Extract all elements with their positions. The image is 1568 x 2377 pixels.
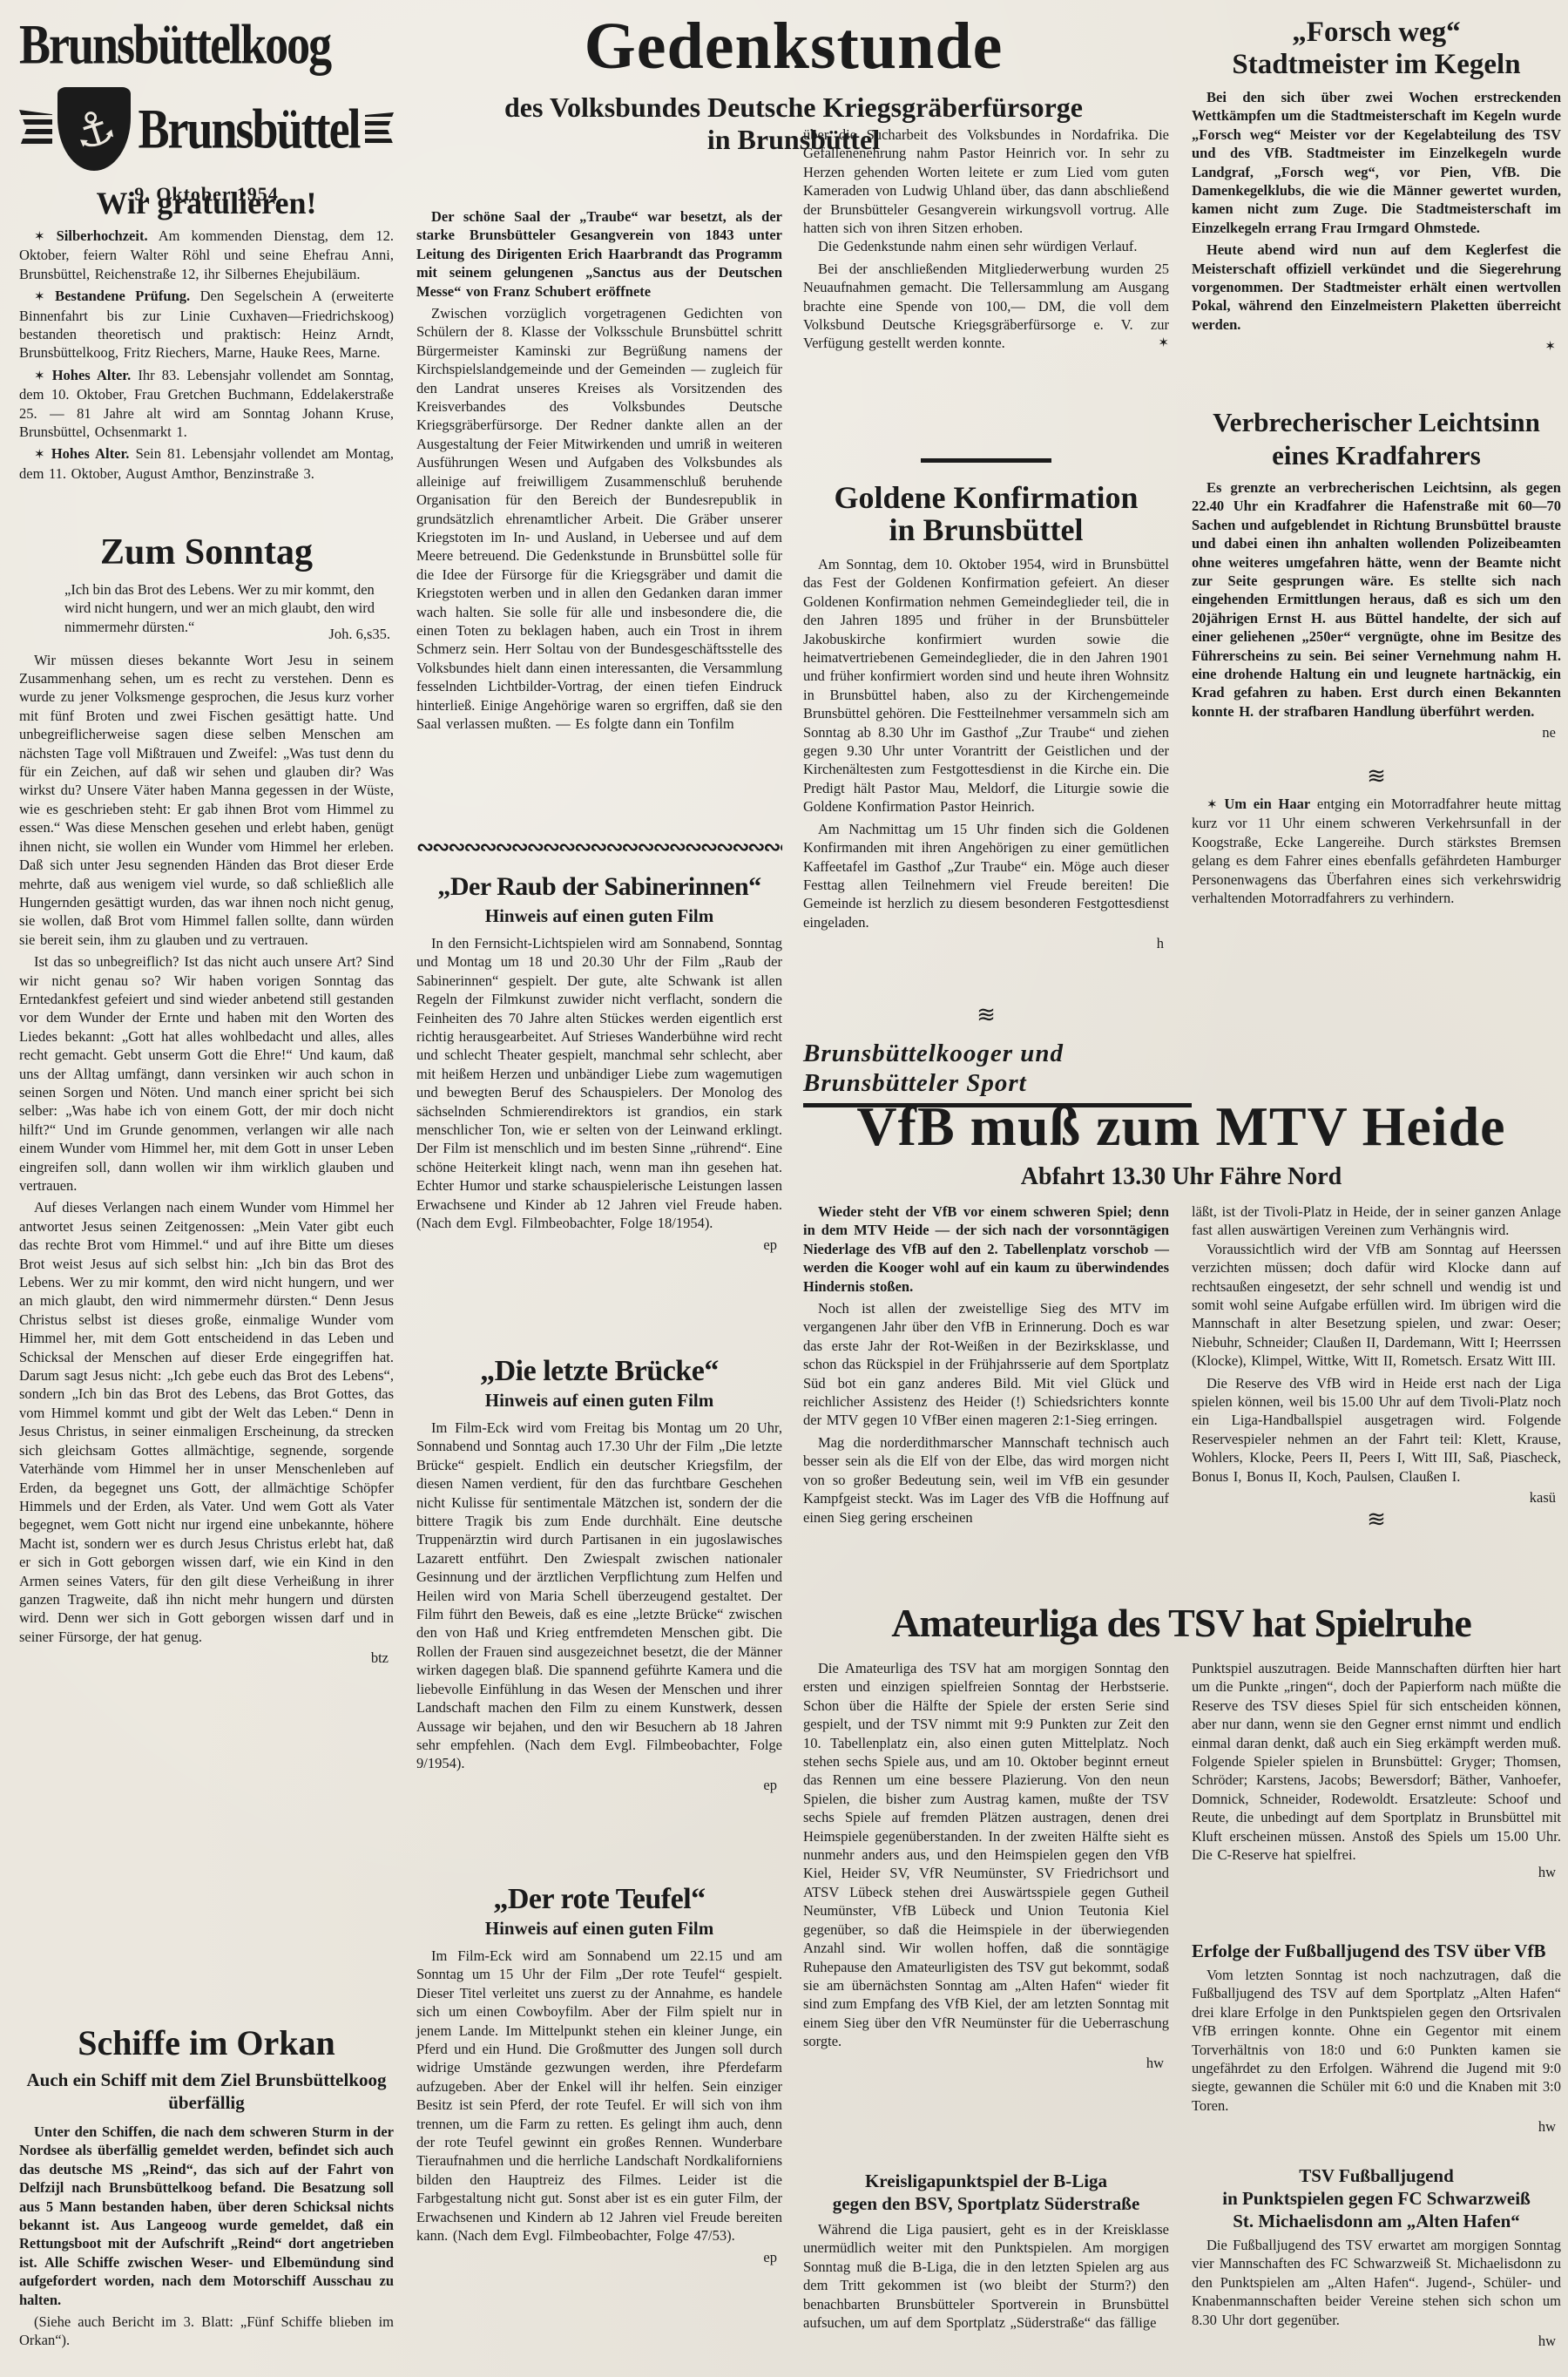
- article-film-sabinerinnen: „Der Raub der Sabinerinnen“ Hinweis auf …: [416, 871, 782, 1254]
- gedenkstunde-col2-body: Der schöne Saal der „Traube“ war besetzt…: [416, 207, 782, 736]
- jugend-punktspiele-heading-1: TSV Fußballjugend: [1192, 2164, 1561, 2187]
- author-signature: hw: [1192, 2333, 1561, 2350]
- film-subheading: Hinweis auf einen guten Film: [416, 1389, 782, 1412]
- kradfahrer-body: Es grenzte an verbrecherischen Leichtsin…: [1192, 478, 1561, 721]
- article-film-teufel: „Der rote Teufel“ Hinweis auf einen gute…: [416, 1884, 782, 2266]
- film-review-body: Im Film-Eck wird vom Freitag bis Montag …: [416, 1419, 782, 1773]
- squiggle-divider: ≋: [803, 1002, 1169, 1028]
- film-heading: „Die letzte Brücke“: [416, 1356, 782, 1387]
- article-kreisliga: Kreisligapunktspiel der B-Liga gegen den…: [803, 2170, 1169, 2335]
- vfb-paragraph: Voraussichtlich wird der VfB am Sonntag …: [1192, 1240, 1561, 1371]
- squiggle-divider: ≋: [1192, 1507, 1561, 1533]
- gedenkstunde-col3-continuation: über die Sucharbeit des Volksbundes in N…: [803, 125, 1169, 356]
- vfb-paragraph: Noch ist allen der zweistellige Sieg des…: [803, 1299, 1169, 1430]
- schiffe-note: (Siehe auch Bericht im 3. Blatt: „Fünf S…: [19, 2313, 394, 2350]
- gratulieren-item: ✶ Bestandene Prüfung. Den Segelschein A …: [19, 287, 394, 362]
- kreisliga-heading-1: Kreisligapunktspiel der B-Liga: [803, 2170, 1169, 2192]
- crest-shield-icon: ⚓: [57, 87, 131, 171]
- goldene-heading-2: in Brunsbüttel: [803, 514, 1169, 546]
- kegeln-paragraph: Heute abend wird nun auf dem Keglerfest …: [1192, 240, 1561, 334]
- vfb-headline: VfB muß zum MTV Heide: [803, 1096, 1559, 1157]
- zum-sonntag-paragraph: Ist das so unbegreiflich? Ist das nicht …: [19, 952, 394, 1195]
- star-icon: ✶: [34, 368, 45, 383]
- wir-gratulieren-heading: Wir gratulieren!: [19, 185, 394, 221]
- star-icon: ✶: [1206, 796, 1218, 812]
- goldene-heading-1: Goldene Konfirmation: [803, 481, 1169, 514]
- vfb-intro: Wieder steht der VfB vor einem schweren …: [803, 1202, 1169, 1296]
- gedenkstunde-subhead-1: des Volksbundes Deutsche Kriegsgräberfür…: [416, 91, 1171, 124]
- gratulieren-item: ✶ Hohes Alter. Sein 81. Lebensjahr volle…: [19, 444, 394, 483]
- gedenkstunde-intro: Der schöne Saal der „Traube“ war besetzt…: [416, 207, 782, 301]
- schiffe-subheading: Auch ein Schiff mit dem Ziel Brunsbüttel…: [19, 2069, 394, 2114]
- article-schiffe-im-orkan: Schiffe im Orkan Auch ein Schiff mit dem…: [19, 2023, 394, 2353]
- vfb-paragraph: Die Reserve des VfB wird in Heide erst n…: [1192, 1374, 1561, 1486]
- star-signature: ✶: [1192, 337, 1561, 355]
- schiffe-body: Unter den Schiffen, die nach dem schwere…: [19, 2123, 394, 2309]
- film-heading: „Der Raub der Sabinerinnen“: [416, 871, 782, 903]
- amateurliga-body: Die Amateurliga des TSV hat am morgigen …: [803, 1659, 1169, 2051]
- gedenkstunde-cont-paragraph: über die Sucharbeit des Volksbundes in N…: [803, 125, 1169, 237]
- zum-sonntag-paragraph: Auf dieses Verlangen nach einem Wunder v…: [19, 1198, 394, 1646]
- star-icon: ✶: [1544, 338, 1556, 354]
- masthead-title-line2: Brunsbüttel: [138, 99, 359, 158]
- kradfahrer-heading-1: Verbrecherischer Leichtsinn: [1192, 406, 1561, 439]
- author-signature: ep: [416, 1777, 782, 1794]
- film-review-body: In den Fernsicht-Lichtspielen wird am So…: [416, 934, 782, 1233]
- author-signature: ne: [1192, 724, 1561, 742]
- article-wir-gratulieren: Wir gratulieren! ✶ Silberhochzeit. Am ko…: [19, 185, 394, 486]
- zum-sonntag-heading: Zum Sonntag: [19, 532, 394, 573]
- anchor-icon: ⚓: [66, 97, 124, 162]
- film-subheading: Hinweis auf einen guten Film: [416, 1917, 782, 1940]
- author-signature: hw: [803, 2055, 1169, 2072]
- article-jugend-erfolge: Erfolge der Fußballjugend des TSV über V…: [1192, 1940, 1561, 2136]
- article-zum-sonntag: Zum Sonntag „Ich bin das Brot des Lebens…: [19, 532, 394, 1667]
- schiffe-heading: Schiffe im Orkan: [19, 2023, 394, 2063]
- jugend-erfolge-heading: Erfolge der Fußballjugend des TSV über V…: [1192, 1940, 1561, 1962]
- author-signature: ep: [416, 1236, 782, 1254]
- article-jugend-punktspiele: TSV Fußballjugend in Punktspielen gegen …: [1192, 2164, 1561, 2350]
- gedenkstunde-cont-paragraph: Bei der anschließenden Mitgliederwerbung…: [803, 260, 1169, 353]
- film-heading: „Der rote Teufel“: [416, 1884, 782, 1915]
- jugend-punktspiele-body: Die Fußballjugend des TSV erwartet am mo…: [1192, 2236, 1561, 2329]
- vfb-paragraph: läßt, ist der Tivoli-Platz in Heide, der…: [1192, 1202, 1561, 1240]
- masthead-title-line1: Brunsbüttelkoog: [19, 14, 394, 75]
- kegeln-heading-1: „Forsch weg“: [1192, 16, 1561, 49]
- vfb-subheadline: Abfahrt 13.30 Uhr Fähre Nord: [803, 1162, 1559, 1192]
- author-signature: h: [803, 935, 1169, 952]
- vfb-paragraph: Mag die norderdithmarscher Mannschaft te…: [803, 1433, 1169, 1527]
- author-signature: hw: [1192, 1864, 1561, 1881]
- wave-chain-divider: ∾∾∾∾∾∾∾∾∾∾∾∾∾∾∾∾∾∾∾∾∾∾∾∾∾∾∾∾∾∾∾∾∾∾∾∾∾∾: [416, 836, 782, 857]
- gedenkstunde-cont-paragraph: Die Gedenkstunde nahm einen sehr würdige…: [803, 237, 1169, 255]
- kreisliga-body-col4: Punktspiel auszutragen. Beide Mannschaft…: [1192, 1659, 1561, 1864]
- star-icon: ✶: [34, 228, 45, 244]
- amateurliga-col3-body: Die Amateurliga des TSV hat am morgigen …: [803, 1659, 1169, 2072]
- kreisliga-heading-2: gegen den BSV, Sportplatz Süderstraße: [803, 2192, 1169, 2215]
- kradfahrer-heading-2: eines Kradfahrers: [1192, 439, 1561, 471]
- jugend-punktspiele-heading-3: St. Michaelisdonn am „Alten Hafen“: [1192, 2210, 1561, 2232]
- goldene-paragraph: Am Nachmittag um 15 Uhr finden sich die …: [803, 820, 1169, 931]
- pennant-icon: [19, 110, 52, 148]
- author-signature: btz: [19, 1649, 394, 1667]
- kegeln-heading-2: Stadtmeister im Kegeln: [1192, 49, 1561, 81]
- kreisliga-col4-continuation: Punktspiel auszutragen. Beide Mannschaft…: [1192, 1659, 1561, 1881]
- gedenkstunde-body: Zwischen vorzüglich vorgetragenen Gedich…: [416, 304, 782, 733]
- article-goldene-konfirmation: Goldene Konfirmation in Brunsbüttel Am S…: [803, 481, 1169, 952]
- article-kegeln: „Forsch weg“ Stadtmeister im Kegeln Bei …: [1192, 16, 1561, 355]
- kegeln-paragraph: Bei den sich über zwei Wochen erstrecken…: [1192, 88, 1561, 237]
- gratulieren-item: ✶ Silberhochzeit. Am kommenden Dienstag,…: [19, 227, 394, 283]
- section-rule: [803, 458, 1169, 463]
- jugend-punktspiele-heading-2: in Punktspielen gegen FC Schwarzweiß: [1192, 2187, 1561, 2210]
- vfb-article-header: VfB muß zum MTV Heide Abfahrt 13.30 Uhr …: [803, 1096, 1559, 1192]
- article-kradfahrer: Verbrecherischer Leichtsinn eines Kradfa…: [1192, 406, 1561, 742]
- amateurliga-headline: Amateurliga des TSV hat Spielruhe: [803, 1600, 1559, 1647]
- film-subheading: Hinweis auf einen guten Film: [416, 904, 782, 927]
- author-signature: ep: [416, 2249, 782, 2266]
- vfb-col3-body: Wieder steht der VfB vor einem schweren …: [803, 1202, 1169, 1530]
- masthead: Brunsbüttelkoog ⚓ Brunsbüttel 9. Oktober…: [19, 14, 394, 206]
- star-icon: ✶: [1143, 334, 1169, 352]
- gedenkstunde-headline: Gedenkstunde: [416, 10, 1171, 82]
- author-signature: hw: [1192, 2118, 1561, 2136]
- amateurliga-header: Amateurliga des TSV hat Spielruhe: [803, 1600, 1559, 1647]
- flourish-icon: [365, 112, 394, 146]
- film-review-body: Im Film-Eck wird am Sonnabend um 22.15 u…: [416, 1947, 782, 2245]
- star-icon: ✶: [34, 446, 45, 462]
- zum-sonntag-paragraph: Wir müssen dieses bekannte Wort Jesu in …: [19, 651, 394, 950]
- goldene-paragraph: Am Sonntag, dem 10. Oktober 1954, wird i…: [803, 555, 1169, 816]
- squiggle-divider: ≋: [1192, 763, 1561, 789]
- kreisliga-body-col3: Während die Liga pausiert, geht es in de…: [803, 2220, 1169, 2332]
- author-signature: kasü: [1192, 1489, 1561, 1507]
- um-ein-haar-body: ✶ Um ein Haar entging ein Motorradfahrer…: [1192, 795, 1561, 907]
- jugend-erfolge-body: Vom letzten Sonntag ist noch nachzutrage…: [1192, 1966, 1561, 2115]
- vfb-col4-body: läßt, ist der Tivoli-Platz in Heide, der…: [1192, 1202, 1561, 1533]
- article-film-bruecke: „Die letzte Brücke“ Hinweis auf einen gu…: [416, 1356, 782, 1794]
- star-icon: ✶: [34, 288, 45, 304]
- article-um-ein-haar: ✶ Um ein Haar entging ein Motorradfahrer…: [1192, 795, 1561, 911]
- gratulieren-item: ✶ Hohes Alter. Ihr 83. Lebensjahr vollen…: [19, 366, 394, 442]
